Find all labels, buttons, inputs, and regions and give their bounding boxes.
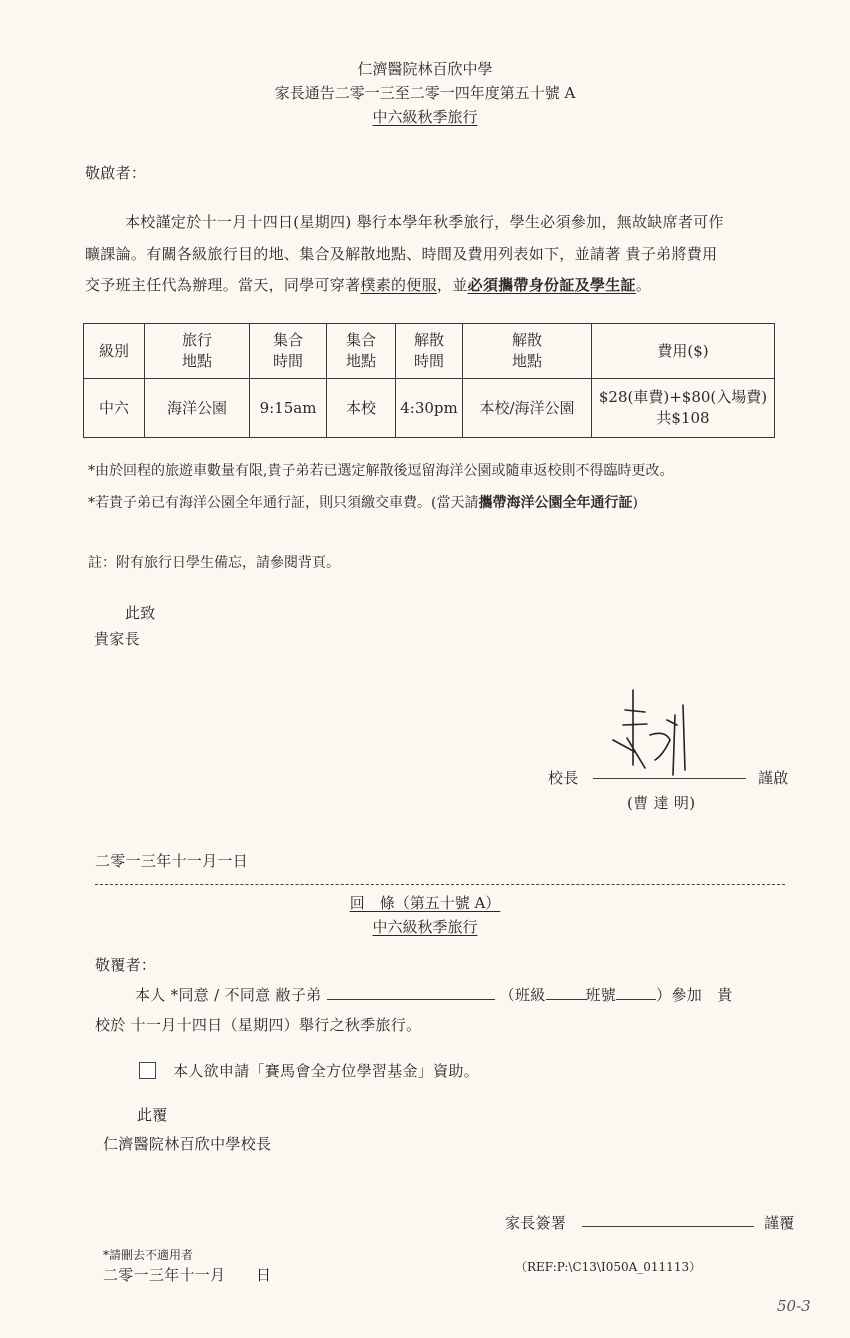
paragraph-line-3-mid: ，並 — [437, 276, 468, 294]
table-row: 中六 海洋公園 9:15am 本校 4:30pm 本校/海洋公園 $28(車費)… — [84, 379, 775, 438]
paragraph-line-2: 曠課論。有關各級旅行目的地、集合及解散地點、時間及費用列表如下，並請著 貴子弟將… — [85, 243, 717, 264]
reference-code: （REF:P:\C13\I050A_011113） — [515, 1258, 701, 1275]
remark: 註：附有旅行日學生備忘，請參閱背頁。 — [88, 552, 340, 572]
notice-title-text: 中六級秋季旅行 — [372, 108, 477, 126]
notice-title: 中六級秋季旅行 — [0, 106, 850, 127]
note-annual-pass: *若貴子弟已有海洋公園全年通行証，則只須繳交車費。(當天請攜帶海洋公園全年通行証… — [88, 492, 638, 512]
fund-application-label: 本人欲申請「賽馬會全方位學習基金」資助。 — [173, 1060, 479, 1081]
id-card-requirement: 必須攜帶身份証及學生証 — [468, 276, 636, 294]
header-assembly-time: 集合時間 — [250, 324, 327, 379]
parent-signature-label: 家長簽署 — [505, 1212, 566, 1233]
reply-addressee: 仁濟醫院林百欣中學校長 — [103, 1133, 271, 1154]
reply-consent-line-2: 校於 十一月十四日（星期四）舉行之秋季旅行。 — [95, 1014, 421, 1035]
school-name: 仁濟醫院林百欣中學 — [0, 58, 850, 79]
consent-suffix: ）參加 貴 — [656, 986, 733, 1004]
cell-dismissal-time: 4:30pm — [396, 379, 463, 438]
header-fee: 費用($) — [592, 324, 775, 379]
principal-signature-line — [593, 778, 746, 779]
consent-prefix: 本人 *同意 / 不同意 敝子弟 — [135, 986, 321, 1004]
notice-number: 家長通告二零一三至二零一四年度第五十號 A — [0, 82, 850, 103]
principal-signature — [605, 680, 715, 780]
parent-respectfully: 謹覆 — [764, 1212, 795, 1233]
principal-name: (曹 達 明) — [627, 792, 695, 813]
cut-line — [95, 884, 785, 885]
class-label: （班級 — [500, 986, 546, 1004]
cell-level: 中六 — [84, 379, 145, 438]
handwritten-mark: 50-3 — [777, 1297, 811, 1315]
header-dismissal-place: 解散地點 — [463, 324, 592, 379]
paragraph-line-3: 交予班主任代為辦理。當天，同學可穿著樸素的便服，並必須攜帶身份証及學生証。 — [85, 274, 651, 295]
reply-consent-line: 本人 *同意 / 不同意 敝子弟 （班級班號）參加 貴 — [135, 984, 733, 1005]
notice-date: 二零一三年十一月一日 — [95, 850, 248, 871]
header-dismissal-time: 解散時間 — [396, 324, 463, 379]
reply-slip-subtitle: 中六級秋季旅行 — [0, 916, 850, 937]
table-header-row: 級別 旅行地點 集合時間 集合地點 解散時間 解散地點 費用($) — [84, 324, 775, 379]
closing-to: 此致 — [125, 602, 156, 623]
principal-label: 校長 — [548, 767, 579, 788]
delete-note: *請刪去不適用者 — [103, 1246, 193, 1263]
cell-assembly-place: 本校 — [327, 379, 396, 438]
closing-recipient: 貴家長 — [94, 628, 140, 649]
plain-clothes-note: 樸素的便服 — [360, 276, 437, 294]
trip-details-table: 級別 旅行地點 集合時間 集合地點 解散時間 解散地點 費用($) 中六 海洋公… — [83, 323, 775, 438]
header-level: 級別 — [84, 324, 145, 379]
cell-assembly-time: 9:15am — [250, 379, 327, 438]
paragraph-line-3-prefix: 交予班主任代為辦理。當天，同學可穿著 — [85, 276, 360, 294]
reply-slip-title: 回 條（第五十號 A） — [0, 892, 850, 913]
paragraph-line-3-suffix: 。 — [636, 276, 651, 294]
cell-dismissal-place: 本校/海洋公園 — [463, 379, 592, 438]
class-field[interactable] — [546, 999, 586, 1000]
paragraph-line-1: 本校謹定於十一月十四日(星期四) 舉行本學年秋季旅行，學生必須參加，無故缺席者可… — [125, 211, 724, 232]
cell-fee: $28(車費)+$80(入場費)共$108 — [592, 379, 775, 438]
reply-closing: 此覆 — [137, 1104, 168, 1125]
salutation: 敬啟者： — [85, 162, 146, 183]
note-return-coach: *由於回程的旅遊車數量有限,貴子弟若已選定解散後逗留海洋公園或隨車返校則不得臨時… — [88, 460, 673, 480]
student-name-field[interactable] — [327, 999, 495, 1000]
class-number-field[interactable] — [616, 999, 656, 1000]
reply-date: 二零一三年十一月 日 — [103, 1264, 271, 1285]
fund-application-checkbox[interactable] — [139, 1062, 156, 1079]
cell-destination: 海洋公園 — [145, 379, 250, 438]
header-destination: 旅行地點 — [145, 324, 250, 379]
principal-respectfully: 謹啟 — [758, 767, 789, 788]
parent-signature-field[interactable] — [582, 1226, 754, 1227]
header-assembly-place: 集合地點 — [327, 324, 396, 379]
reply-salutation: 敬覆者： — [95, 954, 156, 975]
class-number-label: 班號 — [586, 986, 617, 1004]
